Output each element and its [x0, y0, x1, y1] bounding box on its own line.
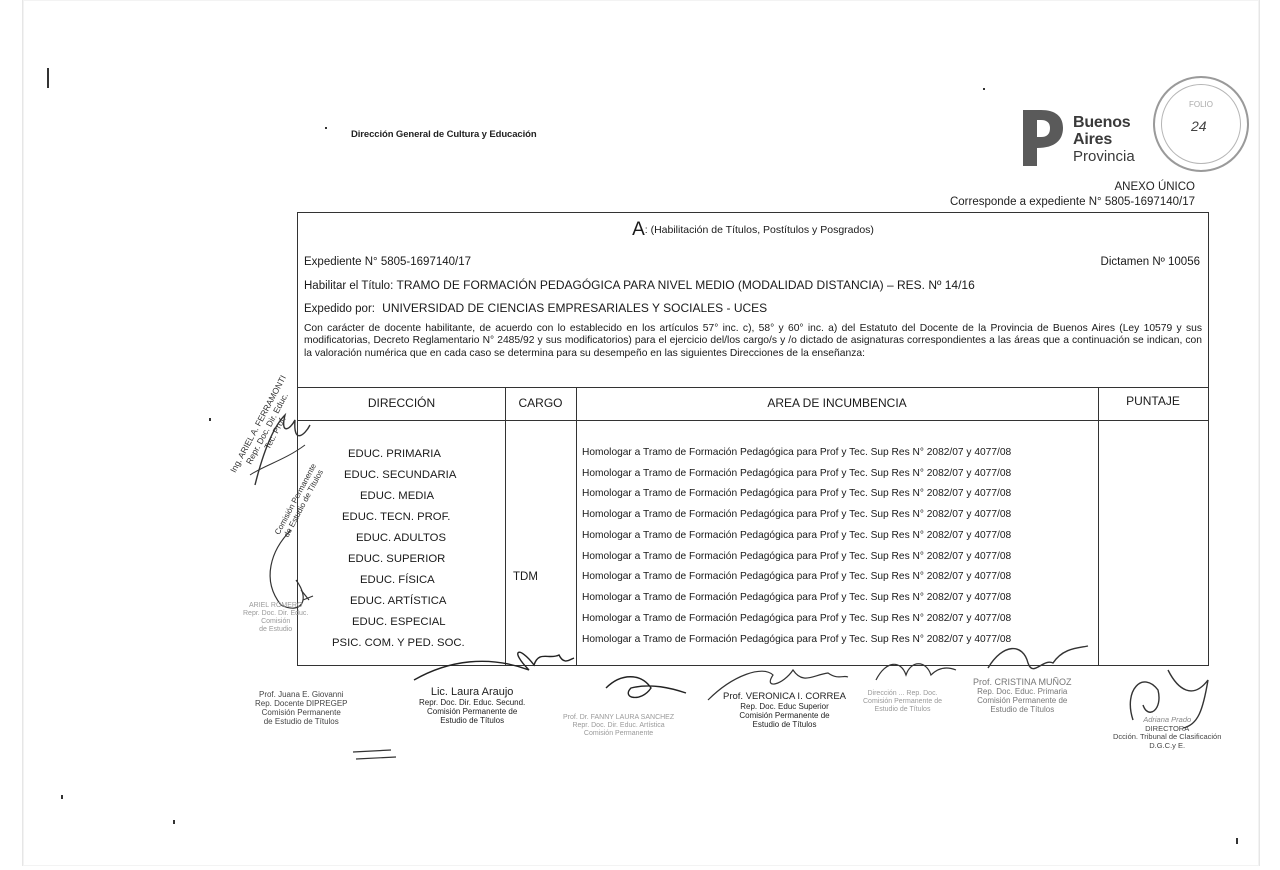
logo-line-1: Buenos [1073, 114, 1135, 131]
sig-line: Rep. Doc. Educ Superior [723, 702, 846, 711]
signature-block-faint-left: ARIEL ROMERO Repr. Doc. Dir. Educ. Comis… [243, 602, 308, 634]
scan-artifact [1236, 838, 1238, 844]
box-letter: A [632, 219, 645, 240]
area-cell: Homologar a Tramo de Formación Pedagógic… [582, 509, 1011, 520]
expediente-reference: Corresponde a expediente N° 5805-1697140… [950, 195, 1195, 210]
box-title: A: (Habilitación de Títulos, Postítulos … [298, 219, 1208, 241]
header-puntaje: PUNTAJE [1098, 394, 1208, 408]
area-cell: Homologar a Tramo de Formación Pedagógic… [582, 551, 1011, 562]
sig-line: Comisión Permanente [255, 708, 347, 717]
box-title-text: : (Habilitación de Títulos, Postítulos y… [645, 224, 874, 236]
incumbencia-table: DIRECCIÓN CARGO AREA DE INCUMBENCIA PUNT… [298, 387, 1208, 666]
signature-block-giovanni: Prof. Juana E. Giovanni Rep. Docente DIP… [255, 690, 347, 726]
signature-block-sanchez: Prof. Dr. FANNY LAURA SANCHEZ Repr. Doc.… [563, 714, 674, 738]
department-name: Dirección General de Cultura y Educación [351, 129, 537, 140]
signature-block-munoz: Prof. CRISTINA MUÑOZ Rep. Doc. Educ. Pri… [973, 678, 1072, 714]
sig-line: Prof. Dr. FANNY LAURA SANCHEZ [563, 714, 674, 722]
scan-artifact [209, 418, 211, 421]
buenos-aires-p-logo-icon [1021, 108, 1065, 168]
direccion-cell: EDUC. ADULTOS [356, 532, 446, 544]
expedido-value: UNIVERSIDAD DE CIENCIAS EMPRESARIALES Y … [382, 301, 767, 315]
sig-line: Comisión Permanente de [973, 696, 1072, 705]
sig-line: Estudio de Títulos [723, 720, 846, 729]
direccion-cell: EDUC. PRIMARIA [348, 448, 441, 460]
scan-artifact [61, 795, 63, 799]
sig-line: de Estudio de Títulos [255, 717, 347, 726]
header-direccion: DIRECCIÓN [298, 396, 505, 410]
area-cell: Homologar a Tramo de Formación Pedagógic… [582, 592, 1011, 603]
area-cell: Homologar a Tramo de Formación Pedagógic… [582, 571, 1011, 582]
scan-artifact [325, 127, 327, 129]
direccion-cell: EDUC. TECN. PROF. [342, 511, 450, 523]
sig-line: ARIEL ROMERO [243, 602, 308, 610]
sig-line: Repr. Doc. Dir. Educ. Secund. [419, 698, 525, 707]
signature-scribble [351, 748, 411, 762]
habilitacion-paragraph: Con carácter de docente habilitante, de … [304, 323, 1202, 360]
column-divider [1098, 388, 1099, 666]
signature-scribble [601, 668, 691, 708]
direccion-cell: EDUC. SECUNDARIA [344, 469, 456, 481]
logo-line-3: Provincia [1073, 148, 1135, 165]
expedido-label: Expedido por: [304, 303, 375, 315]
signature-block-faint-center: Dirección ... Rep. Doc. Comisión Permane… [863, 690, 942, 714]
header-divider [298, 420, 1208, 421]
sig-line: Comisión Permanente de [723, 711, 846, 720]
folio-number: 24 [1191, 118, 1207, 134]
expedido-line: Expedido por: UNIVERSIDAD DE CIENCIAS EM… [304, 301, 1200, 315]
habilitacion-box: A: (Habilitación de Títulos, Postítulos … [297, 212, 1209, 666]
sig-line: Prof. Juana E. Giovanni [255, 690, 347, 699]
scan-artifact [47, 68, 49, 88]
sig-name: Prof. VERONICA I. CORREA [723, 692, 846, 702]
sig-line: Repr. Doc. Dir. Educ. [243, 610, 308, 618]
sig-line: Dirección ... Rep. Doc. [863, 690, 942, 698]
direccion-cell: EDUC. ARTÍSTICA [350, 595, 446, 607]
area-cell: Homologar a Tramo de Formación Pedagógic… [582, 613, 1011, 624]
direccion-cell: EDUC. SUPERIOR [348, 553, 445, 565]
sig-line: Comisión Permanente de [863, 698, 942, 706]
folio-label: FOLIO [1155, 100, 1247, 109]
sig-line: Estudio de Títulos [419, 716, 525, 725]
header-area: AREA DE INCUMBENCIA [576, 396, 1098, 410]
signature-block-araujo: Lic. Laura Araujo Repr. Doc. Dir. Educ. … [419, 686, 525, 725]
dictamen-number: Dictamen Nº 10056 [1101, 256, 1200, 268]
logo-line-2: Aires [1073, 131, 1135, 148]
expediente-line: Expediente N° 5805-1697140/17 [304, 256, 1200, 268]
direccion-cell: EDUC. FÍSICA [360, 574, 435, 586]
titulo-value: TRAMO DE FORMACIÓN PEDAGÓGICA PARA NIVEL… [396, 278, 974, 292]
scanned-document-page: Dirección General de Cultura y Educación… [22, 0, 1260, 866]
sig-line: Estudio de Títulos [973, 705, 1072, 714]
sig-line: Rep. Docente DIPREGEP [255, 699, 347, 708]
sig-line: Comisión Permanente [563, 730, 674, 738]
sig-line: Comisión [243, 618, 308, 626]
area-cell: Homologar a Tramo de Formación Pedagógic… [582, 634, 1011, 645]
province-logo: Buenos Aires Provincia [1021, 108, 1151, 170]
scan-artifact [983, 88, 985, 90]
sig-line: Repr. Doc. Dir. Educ. Artística [563, 722, 674, 730]
area-cell: Homologar a Tramo de Formación Pedagógic… [582, 447, 1011, 458]
signature-scribble [409, 640, 579, 690]
anexo-title: ANEXO ÚNICO [950, 180, 1195, 195]
direccion-cell: EDUC. ESPECIAL [352, 616, 446, 628]
direccion-cell: EDUC. MEDIA [360, 490, 434, 502]
header-cargo: CARGO [505, 396, 576, 410]
sig-line: Rep. Doc. Educ. Primaria [973, 687, 1072, 696]
signature-block-correa: Prof. VERONICA I. CORREA Rep. Doc. Educ … [723, 692, 846, 729]
signature-scribble [871, 650, 961, 690]
column-divider [576, 388, 577, 666]
scan-artifact [173, 820, 175, 824]
signature-block-prado: Adriana Prado DIRECTORA Dcción. Tribunal… [1113, 716, 1221, 750]
area-cell: Homologar a Tramo de Formación Pedagógic… [582, 530, 1011, 541]
anexo-block: ANEXO ÚNICO Corresponde a expediente N° … [950, 180, 1195, 210]
titulo-label: Habilitar el Título: [304, 280, 393, 292]
cargo-value: TDM [513, 571, 538, 583]
folio-stamp: FOLIO 24 [1153, 76, 1249, 172]
sig-line: de Estudio [243, 626, 308, 634]
area-cell: Homologar a Tramo de Formación Pedagógic… [582, 468, 1011, 479]
sig-name: Lic. Laura Araujo [419, 686, 525, 698]
signature-scribble [235, 405, 325, 495]
column-divider [505, 388, 506, 666]
area-cell: Homologar a Tramo de Formación Pedagógic… [582, 488, 1011, 499]
sig-line: D.G.C.y E. [1113, 742, 1221, 751]
sig-name: Prof. CRISTINA MUÑOZ [973, 678, 1072, 687]
sig-line: Estudio de Títulos [863, 706, 942, 714]
sig-line: Comisión Permanente de [419, 707, 525, 716]
titulo-line: Habilitar el Título: TRAMO DE FORMACIÓN … [304, 278, 1200, 292]
